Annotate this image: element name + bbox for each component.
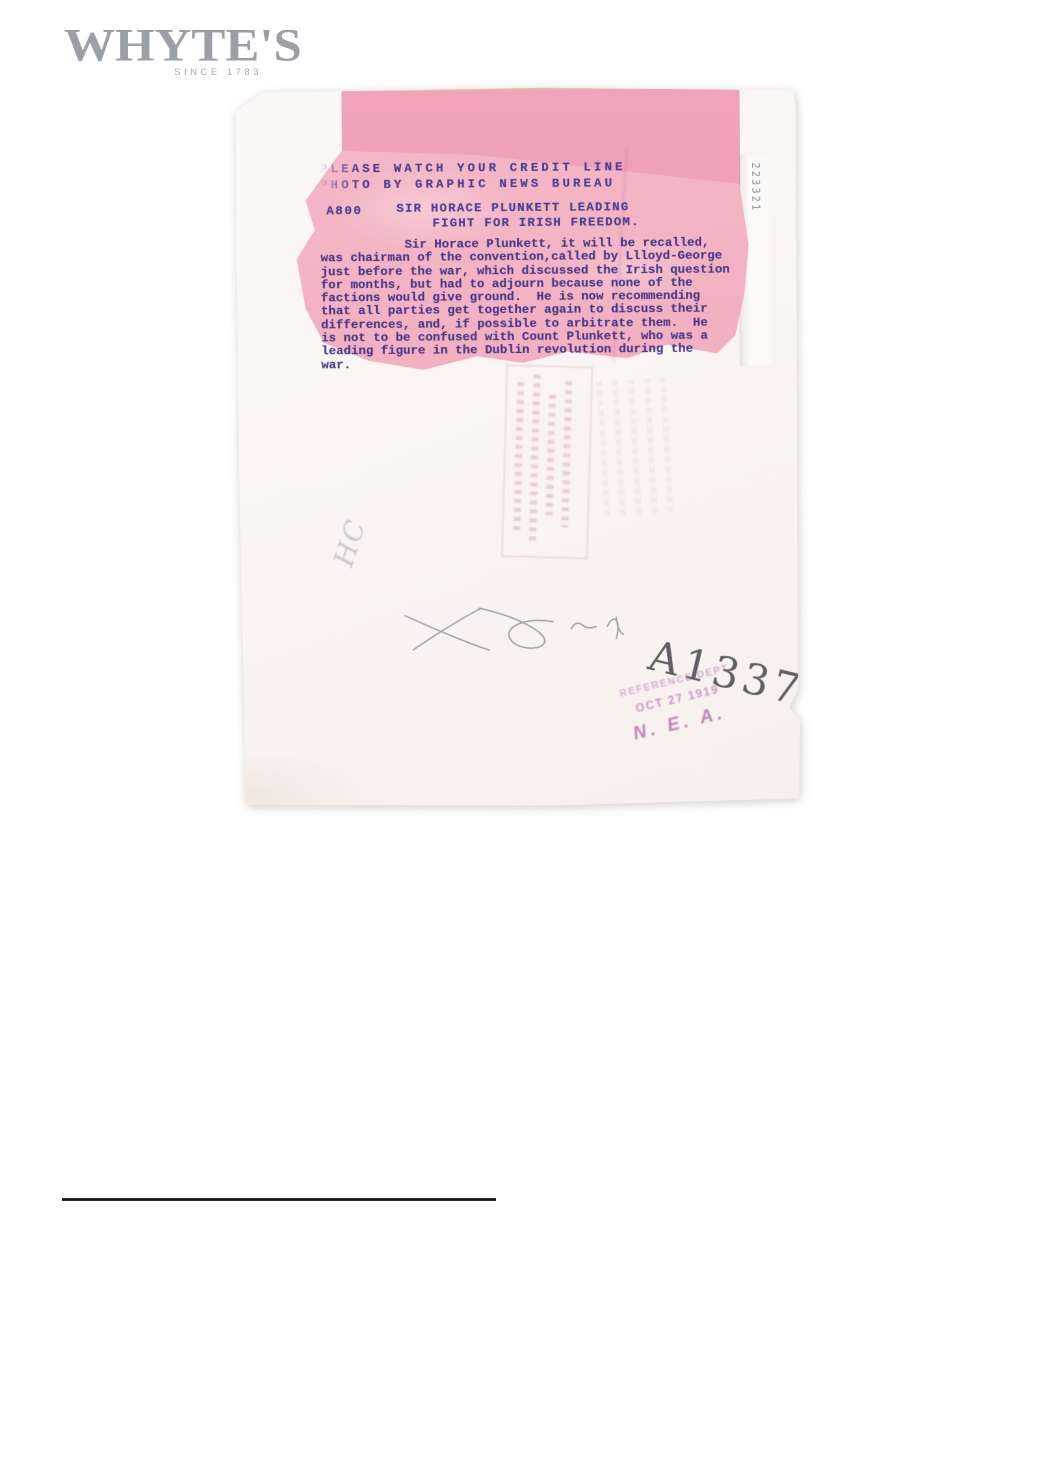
filing-number: 223321 <box>749 162 761 212</box>
catalog-page: { "branding": { "logo_text": "WHYTE'S", … <box>0 0 1040 1471</box>
caption-headline: SIR HORACE PLUNKETT LEADING FIGHT FOR IR… <box>396 200 639 231</box>
logo-tagline: SINCE 1783 <box>64 67 262 78</box>
pencil-scribble <box>401 592 641 664</box>
caption-headline-line-2: FIGHT FOR IRISH FREEDOM. <box>396 215 639 231</box>
footnote-rule <box>62 1198 496 1201</box>
whytes-logo: WHYTE'S SINCE 1783 <box>64 22 284 78</box>
photo-paper: 223321 PLEASE WATCH YOUR CREDIT LINE PHO… <box>236 86 801 808</box>
faint-stamp-offset-impression <box>596 377 676 521</box>
credit-lines: PLEASE WATCH YOUR CREDIT LINE PHOTO BY G… <box>320 159 626 193</box>
caption-headline-line-1: SIR HORACE PLUNKETT LEADING <box>396 200 639 216</box>
faint-stamp-text-column <box>513 382 524 532</box>
whytes-logo-text: WHYTE'S <box>64 22 293 68</box>
faint-agency-stamp <box>501 365 592 559</box>
credit-line-2: PHOTO BY GRAPHIC NEWS BUREAU <box>320 175 626 193</box>
caption-body: Sir Horace Plunkett, it will be recalled… <box>321 236 746 372</box>
pencil-initials: HC <box>329 515 373 570</box>
reference-dept-stamp: REFERENCE DEPT. OCT 27 1919 N. E. A. <box>619 662 745 745</box>
caption-reference-code: A800 <box>326 204 362 218</box>
faint-stamp-text-column <box>546 395 556 515</box>
photo-verso-scan: 223321 PLEASE WATCH YOUR CREDIT LINE PHO… <box>236 86 801 808</box>
faint-stamp-text-column <box>561 381 572 527</box>
faint-stamp-text-column <box>529 374 541 542</box>
